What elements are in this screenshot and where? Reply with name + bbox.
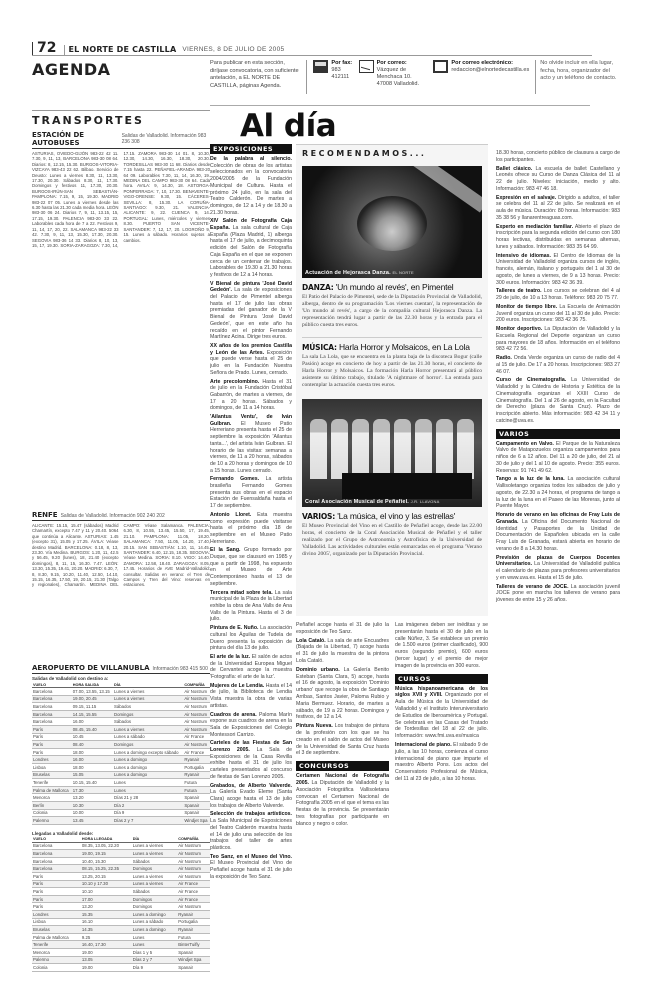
table-cell: 15.35 [81,911,132,919]
story-title: Harla Horror y Molsaicos, en La Lola [339,342,470,352]
table-row: París17.00DomingosAir France [32,895,210,903]
table-cell: Barcelona [32,850,81,858]
table-row: Menorca19.00Días 1 y 5Spanair [32,949,210,957]
table-cell: Domingos [113,741,183,749]
table-cell: Air France [177,888,210,896]
list-item: 'Ailantus Ventu', de Iván Gulbran. El Mu… [210,414,292,474]
cursos-right-list: 18.30 horas, concierto público de clausu… [496,150,620,425]
table-cell: 13.20 [81,903,132,911]
newspaper-page: 72 EL NORTE DE CASTILLA VIERNES, 8 DE JU… [0,0,650,1006]
table-cell: 08.45, 15.40 [72,725,113,733]
transportes-heading: TRANSPORTES [32,110,210,127]
entry-title: Cuadros de arena. [210,712,257,718]
list-item: Tango a la luz de la luna. La asociación… [496,476,620,510]
entry-title: Grabados, de Alberto Valverde. [210,783,292,789]
recomendamos-title: RECOMENDAMOS... [296,145,488,162]
table-cell: Lunes [113,786,183,794]
table-row: Barcelona08.35, 13.05, 22.20Lunes a vier… [32,842,210,850]
list-item: Tercera mitad sobre tela. La sala munici… [210,590,292,624]
entry-title: Expresión en el salvaje. [496,195,556,201]
table-cell: 10.00 [72,809,113,817]
list-item: Teo Sanz, en el Museo del Vino. El Museo… [210,854,292,881]
exposiciones-column: EXPOSICIONES De la palabra al silencio. … [210,144,292,1006]
table-row: Barcelona09.15, 11.15SábadosAir Nostrum [32,703,210,711]
entry-title: Fernando Gomes. [210,476,259,482]
fax-icon [313,60,328,73]
table-cell: Domingos [132,865,178,873]
table-cell: Palermo [32,956,81,964]
departures-table: VUELOHORA SALIDADÍACOMPAÑÍA Barcelona07.… [32,682,210,825]
entry-text: Colección de obras de los artistas selec… [210,163,292,216]
list-item: Monitor de tiempo libre. La Escuela de A… [496,304,620,324]
table-row: París08.45, 15.40Lunes a viernesAir Nost… [32,725,210,733]
table-row: Colonia19.00Día 9Spanair [32,964,210,972]
list-item: Talleres de teatro. Los cursos se celebr… [496,288,620,302]
departures-caption: Salidas de Valladolid con destino a: [32,676,210,681]
table-cell: Air Nostrum [177,850,210,858]
list-item: Dominio urbano. La Galería Benito Esteba… [296,667,389,721]
table-cell: Lunes [132,933,178,941]
table-row: Barcelona10.40, 15.30SábadosAir Nostrum [32,857,210,865]
table-cell: 19.00 [81,964,132,972]
list-item: Arte precolombino. Hasta el 31 de julio … [210,379,292,413]
table-row: Berlín10.30Día 2Spanair [32,801,210,809]
table-cell: Lisboa [32,763,72,771]
story-body: El Museo Provincial del Vino en el Casti… [302,523,482,558]
entry-text: Las imágenes deben ser inéditas y se pre… [395,622,488,669]
entry-text: La sala de exposiciones del Palacio de P… [210,287,292,340]
list-item: Experto en mediación familiar. Abierto e… [496,224,620,251]
fax-number: 983 412111 [331,67,352,81]
table-cell: Air Nostrum [177,873,210,881]
entry-title: Talleres de teatro. [496,288,542,294]
entry-title: Arte precolombino. [210,379,259,385]
list-item: XX años de los premios Castilla y León d… [210,343,292,377]
entry-text: La Universidad de Valladolid y la Cátedr… [496,377,620,424]
table-cell: Domingos [132,895,178,903]
table-cell: Air Nostrum [183,725,210,733]
story-varios: VARIOS: 'La música, el vino y las estrel… [296,507,488,558]
table-row: Barcelona19.00, 20.45Lunes a viernesAir … [32,695,210,703]
entry-title: Teo Sanz, en el Museo del Vino. [210,854,292,860]
table-cell: 07.00, 13.55, 13.15 [72,688,113,696]
table-cell: Sábados [113,718,183,726]
table-cell: Menorca [32,949,81,957]
list-item: 18.30 horas, concierto público de clausu… [496,150,620,164]
table-cell: Ryanair [183,771,210,779]
entry-title: Dominio urbano. [296,667,340,673]
table-cell: Air Nostrum [183,741,210,749]
table-cell: 09.15, 11.15 [72,703,113,711]
table-cell: París [32,880,81,888]
table-cell: 10.10 [81,888,132,896]
table-cell: Barcelona [32,688,72,696]
entry-title: Radio. [496,355,512,361]
entry-text: Onda Verde organiza un curso de radio de… [496,355,620,375]
story-title: 'La música, el vino y las estrellas' [337,511,455,521]
table-cell: Días 1 y 5 [132,949,178,957]
table-cell: Air France [177,895,210,903]
table-row: París18.00Lunes a domingo excepto sábado… [32,748,210,756]
story-danza: DANZA: 'Un mundo al revés', en Pimentel … [296,278,488,329]
concursos-header: CONCURSOS [296,761,389,771]
airport-title: AEROPUERTO DE VILLANUBLA [32,664,150,672]
table-cell: Barcelona [32,695,72,703]
table-row: Lisboa18.00Lunes a domingoPortugalia [32,763,210,771]
table-row: Bruselas14.35Lunes a domingoRyanair [32,926,210,934]
table-cell: Portugalia [177,918,210,926]
airport-heading: AEROPUERTO DE VILLANUBLA Información 983… [32,664,210,674]
list-item: Expresión en el salvaje. Dirigido a adul… [496,195,620,222]
list-item: Campamento en Valvo. El Parque de la Nat… [496,441,620,475]
table-cell: Ryanair [177,911,210,919]
table-cell: Palma de Mallorca [32,786,72,794]
right-column: 18.30 horas, concierto público de clausu… [496,150,620,606]
list-item: Fernando Gomes. La artista brasileña Fer… [210,476,292,510]
entry-title: Experto en mediación familiar. [496,224,573,230]
caption-text: Coral Asociación Musical de Peñafiel. [305,499,409,505]
list-item: Lola Cataló. La sala de arte Encuadres (… [296,638,389,665]
table-cell: Spanair [177,949,210,957]
table-cell: 9.25 [81,933,132,941]
story-body: La sala La Lola, que se encuentra en la … [302,354,482,389]
contact-note: No olvide incluir en ella lugar, fecha, … [535,60,620,94]
table-cell: Lunes a domingo [132,911,178,919]
table-cell: Días 2 y 7 [132,956,178,964]
table-cell: 19.00, 20.45 [72,695,113,703]
table-cell: París [32,895,81,903]
list-item: Cuadros de arena. Paloma Marín expone su… [210,712,292,739]
list-item: XIV Salón de Fotografía Caja España. La … [210,218,292,278]
bus-station-note: Salidas de Valladolid. Información 983 2… [122,133,210,145]
table-row: Palermo13.05Días 2 y 7Windjet Spa [32,956,210,964]
entry-text: El sábado 9 de julio, a las 10 horas, co… [395,742,488,782]
table-cell: Air Nostrum [183,695,210,703]
table-cell: Sábados [132,888,178,896]
entry-title: Lola Cataló. [296,638,326,644]
table-cell: 17.00 [81,895,132,903]
airport-section: AEROPUERTO DE VILLANUBLA Información 983… [32,664,210,972]
table-cell: Barcelona [32,718,72,726]
entry-title: Internacional de piano. [395,742,452,748]
story-title: 'Un mundo al revés', en Pimentel [336,282,454,292]
mail-address: Vázquez de Menchaca 10. 47008 Valladolid… [377,67,428,88]
table-row: París08.40DomingosAir Nostrum [32,741,210,749]
table-cell: Lunes a viernes [132,873,178,881]
table-cell: 10.45 [72,733,113,741]
renfe-heading: RENFE Salidas de Valladolid. Información… [32,511,210,521]
bus-station-heading: ESTACIÓN DE AUTOBUSES Salidas de Vallado… [32,131,210,149]
table-cell: Días 2 y 7 [113,817,183,825]
list-item: Música hispanoamericana de los siglos XV… [395,686,488,740]
entry-title: El arte de la luz. [210,654,250,660]
table-row: Tenerife10.15, 15.40LunesFutura [32,779,210,787]
table-cell: Lunes a viernes [113,695,183,703]
list-item: Certamen Nacional de Fotografía 2005. La… [296,773,389,827]
list-item: Pintura Nueva. Los trabajos de pintura d… [296,723,389,757]
table-cell: 13.20 [72,794,113,802]
table-cell: París [32,873,81,881]
list-item: Talleres de verano de JOCE. La asociació… [496,584,620,604]
table-cell: Barcelona [32,865,81,873]
table-cell: Futura [183,779,210,787]
entry-text: 18.30 horas, concierto público de clausu… [496,150,620,163]
entry-title: Monitor deportivo. [496,326,542,332]
table-row: Palma de Mallorca9.25LunesFutura [32,933,210,941]
table-row: Tenerife16.40, 17.30LunesBinterTuifly [32,941,210,949]
envelope-icon [359,60,374,73]
table-cell: Domingos [113,710,183,718]
table-cell: 16.40, 17.30 [81,941,132,949]
table-cell: Air Nostrum [183,718,210,726]
table-row: Barcelona08.15, 15.25, 22.35DomingosAir … [32,865,210,873]
table-row: Lisboa16.10Lunes a sábadoPortugalia [32,918,210,926]
table-row: Barcelona07.00, 13.55, 13.15Lunes a vier… [32,688,210,696]
contact-intro: Para publicar en esta sección, diríjase … [210,60,307,94]
list-item: Antonio Lloret. Esta muestra como expres… [210,512,292,546]
table-cell: Colonia [32,964,81,972]
table-cell: Lunes a viernes [113,688,183,696]
table-row: Barcelona16.00SábadosAir Nostrum [32,718,210,726]
table-cell: Barcelona [32,703,72,711]
list-item: Intensivo de idiomas. El Centro de Idiom… [496,253,620,287]
page-number: 72 [32,42,60,55]
exposiciones-continued: Peñafiel acoge hasta el 31 de julio la e… [296,622,389,757]
table-cell: 10.15, 15.40 [72,779,113,787]
table-cell: Lunes a domingo [113,771,183,779]
photo-caption: Actuación de Hejorasca Danza. EL NORTE [305,270,414,276]
entry-title: Curso de Cinematografía. [496,377,566,383]
table-cell: Tenerife [32,779,72,787]
table-cell: Portugalia [183,763,210,771]
table-cell: Air Nostrum [183,703,210,711]
cursos-header: CURSOS [395,674,488,684]
table-cell: Spanair [183,801,210,809]
paper-name: EL NORTE DE CASTILLA [64,45,176,55]
contact-fax: Por fax: 983 412111 [313,60,352,94]
table-cell: Lunes a viernes [132,850,178,858]
table-row: Barcelona14.15, 15.55DomingosAir Nostrum [32,710,210,718]
fax-label: Por fax: [331,60,352,67]
renfe-title: RENFE [32,511,58,519]
lower-col-2: Las imágenes deben ser inéditas y se pre… [395,622,488,830]
story-headline: DANZA: 'Un mundo al revés', en Pimentel [302,282,482,292]
photo-caption: Coral Asociación Musical de Peñafiel. J.… [305,499,439,505]
entry-title: Ballet clásico. [496,166,532,172]
table-cell: Sábados [113,703,183,711]
entry-title: Mujeres de Le Lendia. [210,683,264,689]
table-cell: Lunes [132,941,178,949]
contact-email: Por correo electrónico: redaccion@elnort… [433,60,529,94]
table-cell: Londres [32,756,72,764]
entry-title: Antonio Lloret. [210,512,251,518]
table-cell: Lunes a sábado [132,918,178,926]
table-cell: Futura [183,786,210,794]
list-item: Pintura de E. Nuño. La asociación cultur… [210,625,292,652]
table-cell: 14.15, 15.55 [72,710,113,718]
varios-list: Campamento en Valvo. El Parque de la Nat… [496,441,620,604]
concursos-list: Certamen Nacional de Fotografía 2005. La… [296,773,389,827]
table-cell: 14.35 [81,926,132,934]
table-row: Palermo13.45Días 2 y 7Windjet Spa [32,817,210,825]
story-kicker: MÚSICA: [302,343,337,352]
entry-text: La Diputación de Valladolid y la Asociac… [296,780,389,827]
entry-title: Monitor de tiempo libre. [496,304,557,310]
caption-text: Actuación de Hejorasca Danza. [305,270,391,276]
table-row: Barcelona19.00, 19.15Lunes a viernesAir … [32,850,210,858]
computer-icon [433,60,448,73]
table-cell: París [32,888,81,896]
table-cell: Día 9 [113,809,183,817]
story-kicker: DANZA: [302,283,334,292]
table-cell: 13.05 [81,956,132,964]
photo-credit: J.R. LLAVONA [411,499,440,504]
table-cell: Lunes a sábado [113,733,183,741]
table-row: París10.45Lunes a sábadoAir France [32,733,210,741]
story-headline: MÚSICA: Harla Horror y Molsaicos, en La … [302,342,482,352]
recomendamos-box: RECOMENDAMOS... Actuación de Hejorasca D… [296,144,488,616]
entry-title: Tango a la luz de la luna. [496,476,565,482]
table-cell: Ryanair [183,756,210,764]
table-cell: Ryanair [177,926,210,934]
choir-photo: Coral Asociación Musical de Peñafiel. J.… [302,399,482,507]
cursos-list: Música hispanoamericana de los siglos XV… [395,686,488,783]
table-cell: París [32,733,72,741]
table-cell: 10.30 [72,801,113,809]
list-item: V Bienal de pintura 'José David Gedeón'.… [210,281,292,341]
list-item: Selección de trabajos artísticos. La Sal… [210,811,292,851]
table-cell: Lisboa [32,918,81,926]
entry-text: El Museo Provincial del Vino de Peñafiel… [210,860,292,879]
table-cell: París [32,903,81,911]
transportes-section: TRANSPORTES ESTACIÓN DE AUTOBUSES Salida… [32,110,210,691]
list-item: Horario de verano en las oficinas de Fra… [496,512,620,553]
table-cell: París [32,748,72,756]
table-row: Londres15.35Lunes a domingoRyanair [32,911,210,919]
table-cell: 17.30 [72,786,113,794]
table-cell: Día 9 [132,964,178,972]
table-cell: 16.10 [81,918,132,926]
table-row: París13.25, 20.15Lunes a viernesAir Nost… [32,873,210,881]
entry-title: Pintura de E. Nuño. [210,625,258,631]
list-item: Grabados, de Alberto Valverde. La Galerí… [210,783,292,810]
bus-station-title: ESTACIÓN DE AUTOBUSES [32,131,119,147]
table-cell: Spanair [183,794,210,802]
list-item: Carteles de las Fiestas de San Lorenzo 2… [210,740,292,780]
table-row: Bruselas15.05Lunes a domingoRyanair [32,771,210,779]
paper-date: VIERNES, 8 DE JULIO DE 2005 [182,45,284,55]
list-item: Mujeres de Le Lendia. Hasta el 14 de jul… [210,683,292,710]
table-cell: Lunes a viernes [113,725,183,733]
entry-text: La Sala Municipal de Exposiciones del Te… [210,818,292,851]
table-cell: Colonia [32,809,72,817]
table-cell: Palma de Mallorca [32,933,81,941]
exposiciones-header: EXPOSICIONES [210,144,292,154]
email-address[interactable]: redaccion@elnortedecastilla.es [451,67,529,74]
entry-title: El la Sang. [210,547,240,553]
bus-schedule-text: ASTURIAS, OVIEDO-GIJÓN 983-22 42 11. 7.3… [32,151,210,507]
table-cell: Londres [32,911,81,919]
table-cell: Barcelona [32,857,81,865]
table-cell: Futura [177,933,210,941]
entry-title: Campamento en Valvo. [496,441,554,447]
lower-middle-columns: Peñafiel acoge hasta el 31 de julio la e… [296,622,488,830]
table-cell: 08.15, 15.25, 22.35 [81,865,132,873]
table-cell: Lunes a domingo [113,756,183,764]
list-item: Curso de Cinematografía. La Universidad … [496,377,620,424]
table-cell: 16.00 [72,756,113,764]
list-item: Peñafiel acoge hasta el 31 de julio la e… [296,622,389,636]
table-cell: Air Nostrum [177,903,210,911]
table-cell: Air France [183,748,210,756]
table-cell: Air Nostrum [183,688,210,696]
table-row: Menorca13.20Días 21 y 28Spanair [32,794,210,802]
story-kicker: VARIOS: [302,512,335,521]
email-label: Por correo electrónico: [451,60,529,67]
exposiciones-list: De la palabra al silencio. Colección de … [210,156,292,1006]
dance-photo: Actuación de Hejorasca Danza. EL NORTE [302,166,482,278]
table-cell: Sábados [132,857,178,865]
table-cell: 18.00 [72,763,113,771]
al-dia-title: Al día [240,108,336,144]
table-row: Londres16.00Lunes a domingoRyanair [32,756,210,764]
mail-label: Por correo: [377,60,428,67]
table-cell: Día 2 [113,801,183,809]
entry-text: Organizado por el Aula de Música de la U… [395,692,488,739]
entry-text: El Museo Patio Herreriano presenta hasta… [210,421,292,474]
entry-title: Selección de trabajos artísticos. [210,811,292,817]
list-item: Las imágenes deben ser inéditas y se pre… [395,622,488,670]
entry-text: Grupo formado por Duque, que se clausuró… [210,547,292,587]
table-cell: 08.35, 13.05, 22.20 [81,842,132,850]
table-cell: 10.40, 15.30 [81,857,132,865]
table-cell: 13.25, 20.15 [81,873,132,881]
photo-credit: EL NORTE [393,270,414,275]
varios-header: VARIOS [496,429,620,439]
table-cell: Air Nostrum [177,842,210,850]
story-musica: MÚSICA: Harla Horror y Molsaicos, en La … [296,338,488,389]
table-cell: BinterTuifly [177,941,210,949]
entry-title: Intensivo de idiomas. [496,253,551,259]
table-cell: Lunes a viernes [132,880,178,888]
table-cell: Air Nostrum [177,857,210,865]
table-cell: Spanair [177,964,210,972]
list-item: Monitor deportivo. La Diputación de Vall… [496,326,620,353]
table-cell: 19.00 [81,949,132,957]
contact-mail: Por correo: Vázquez de Menchaca 10. 4700… [359,60,428,94]
list-item: Internacional de piano. El sábado 9 de j… [395,742,488,783]
table-cell: Air Nostrum [177,865,210,873]
table-row: Palma de Mallorca17.30LunesFutura [32,786,210,794]
entry-text: Peñafiel acoge hasta el 31 de julio la e… [296,622,389,635]
table-row: París10.10 y 17.30Lunes a viernesAir Fra… [32,880,210,888]
masthead: 72 EL NORTE DE CASTILLA VIERNES, 8 DE JU… [32,42,592,56]
table-cell: Air Nostrum [183,710,210,718]
table-cell: Lunes a viernes [132,842,178,850]
table-cell: 15.05 [72,771,113,779]
arrivals-caption: Llegadas a Valladolid desde: [32,831,210,836]
list-item: El arte de la luz. El salón de actos de … [210,654,292,681]
table-cell: 13.45 [72,817,113,825]
arrivals-table: VUELOHORA LLEGADADÍACOMPAÑÍA Barcelona08… [32,837,210,972]
divider [210,105,590,106]
entry-title: Tercera mitad sobre tela. [210,590,273,596]
list-item: De la palabra al silencio. Colección de … [210,156,292,216]
table-cell: Windjet Spa [177,956,210,964]
table-cell: Air France [177,880,210,888]
table-cell: 19.00, 19.15 [81,850,132,858]
table-cell: Berlín [32,801,72,809]
